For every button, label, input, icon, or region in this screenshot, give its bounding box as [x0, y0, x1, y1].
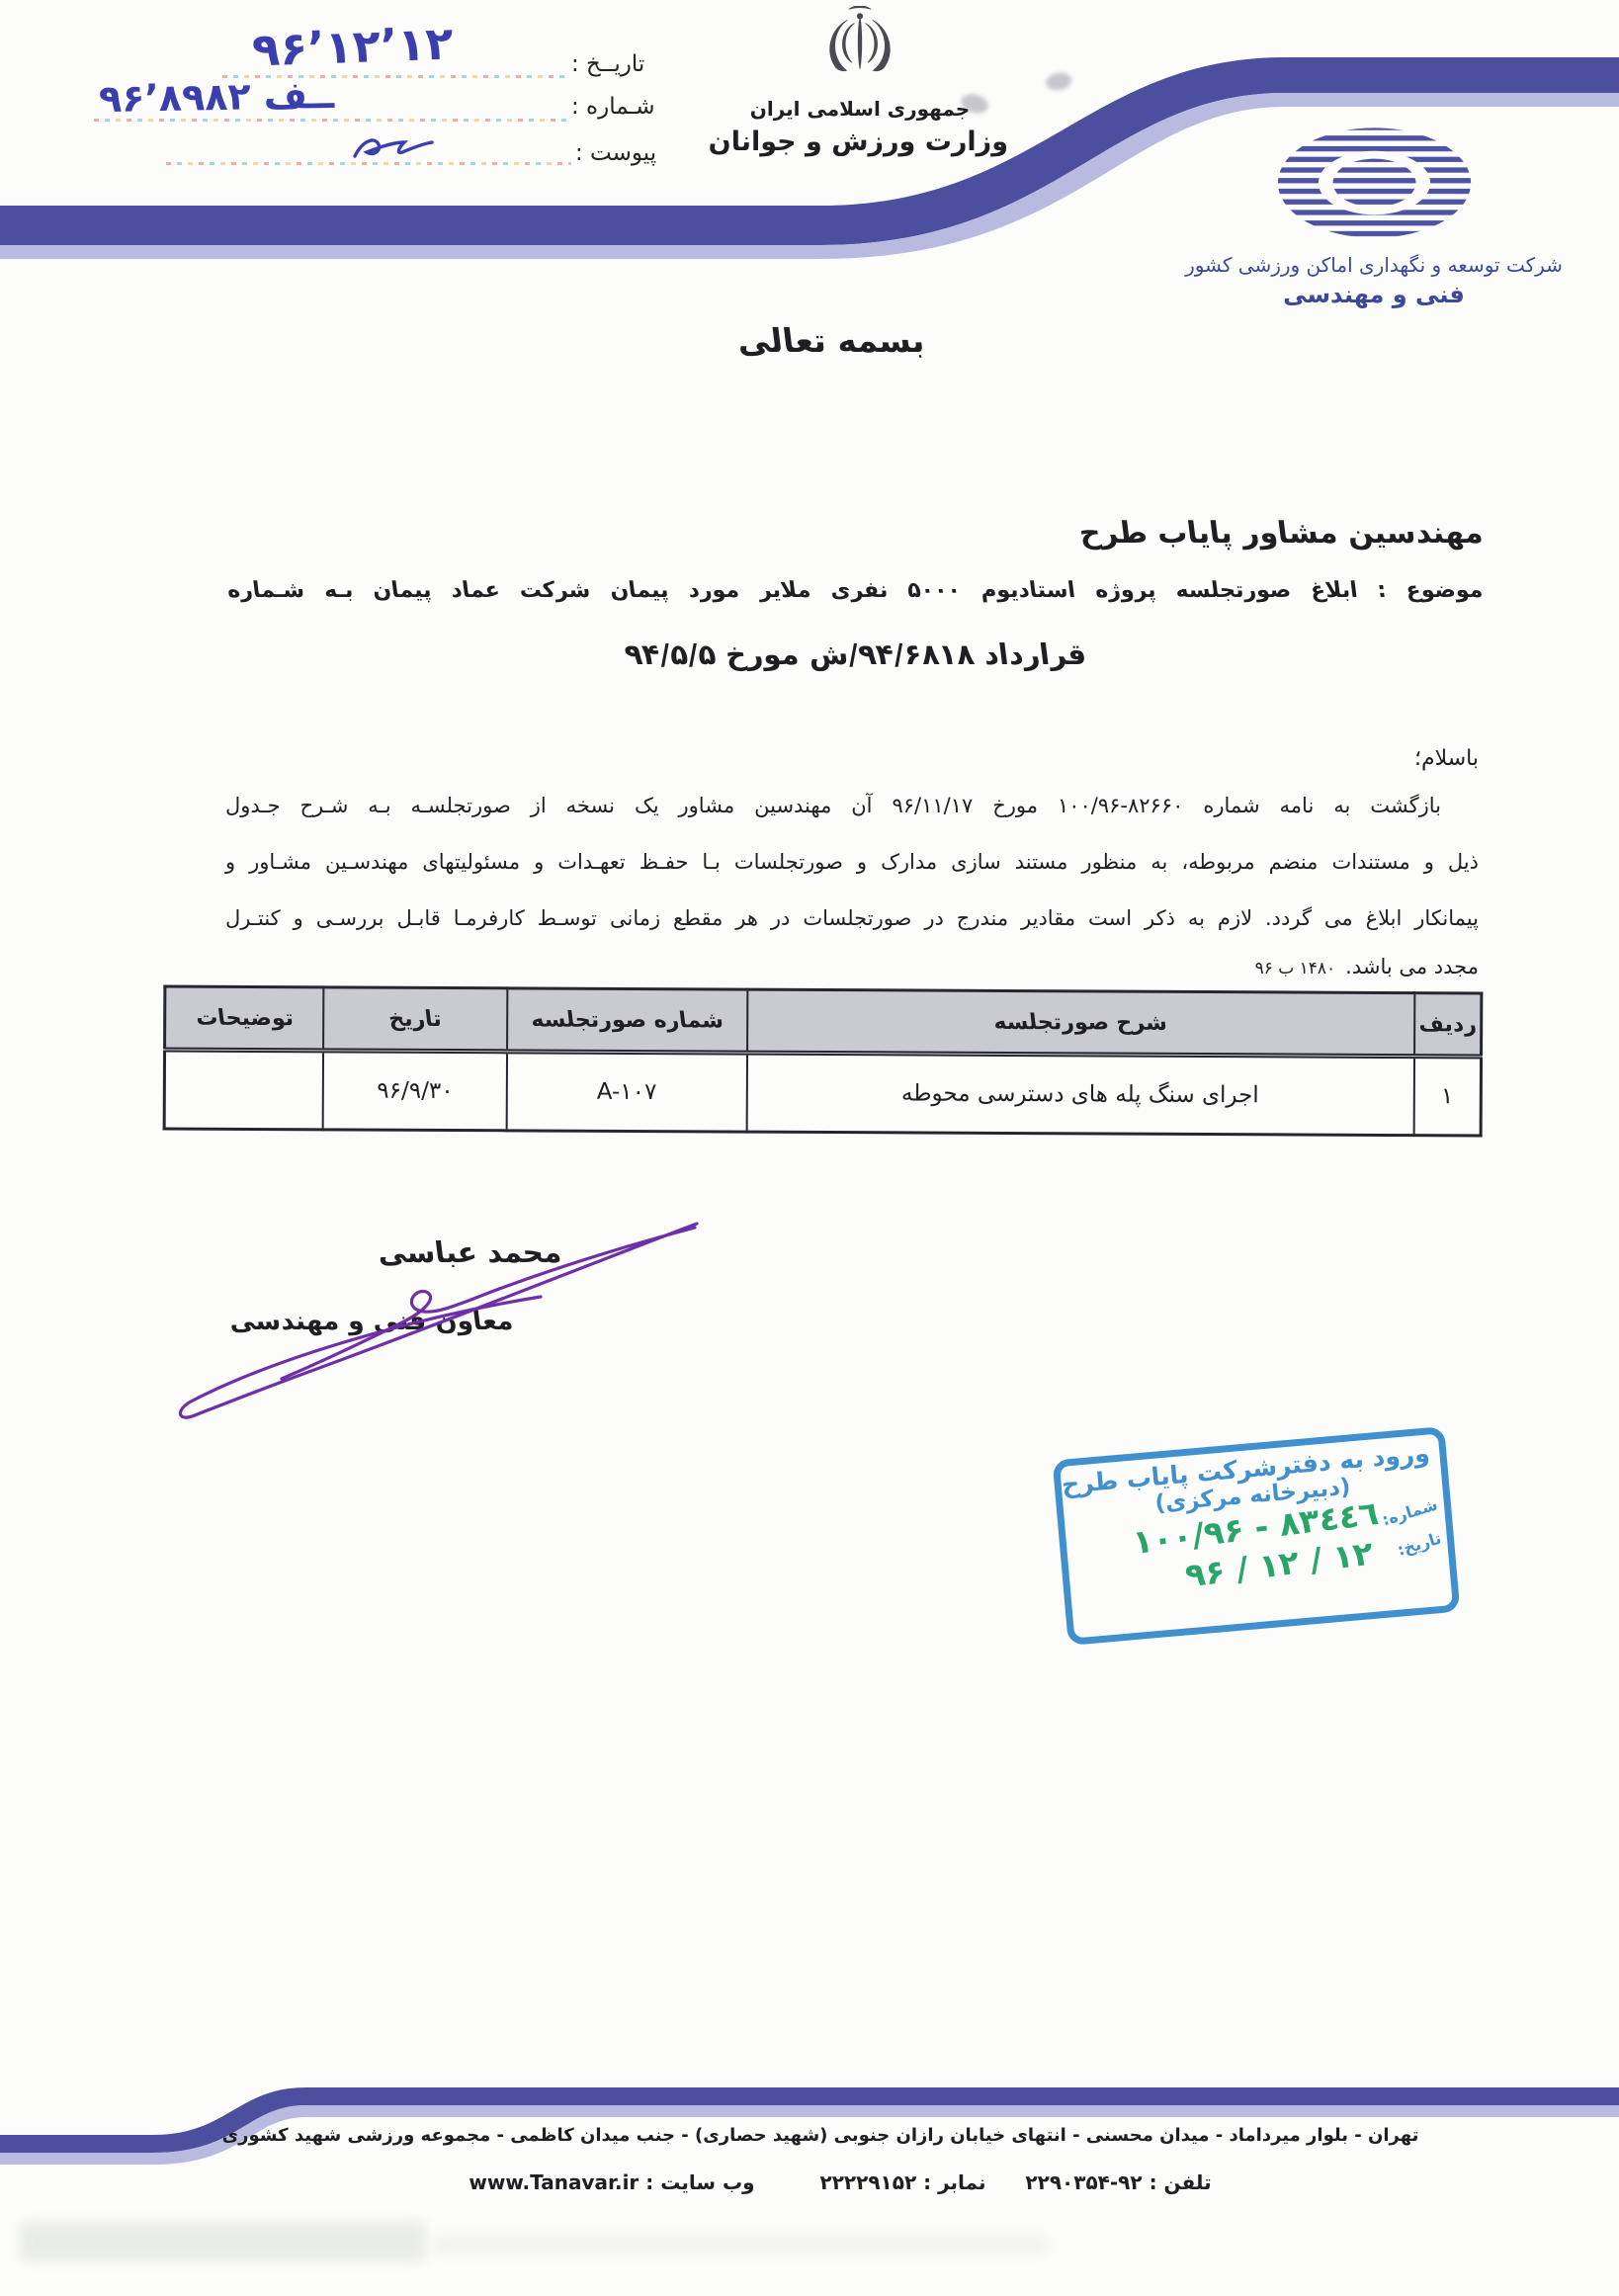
contract-line: قرارداد ۹۴/۶۸۱۸/ش مورخ ۹۴/۵/۵ — [227, 638, 1483, 671]
cell-row-no: ۱ — [1413, 1057, 1481, 1136]
stamp-date-label: تاریخ: — [1395, 1528, 1443, 1559]
cell-date: ۹۶/۹/۳۰ — [323, 1051, 507, 1131]
website-value: www.Tanavar.ir — [469, 2170, 639, 2194]
company-logo-icon — [1273, 125, 1476, 241]
table-header-row: ردیف شرح صورتجلسه شماره صورتجلسه تاریخ ت… — [165, 986, 1482, 1057]
handwritten-attachment-scribble — [341, 127, 460, 170]
signature-scribble — [133, 1198, 726, 1430]
scanned-letter-page: تاریــخ : شـماره : پیوست : ۹۶٬۱۲٬۱۲ ــف … — [0, 0, 1619, 2296]
table-row: ۱ اجرای سنگ پله های دسترسی محوطه A-۱۰۷ ۹… — [164, 1050, 1481, 1136]
attachment-field-label: پیوست : — [575, 140, 656, 166]
subject-line: موضوع : ابلاغ صورتجلسه پروژه استادیوم ۵۰… — [225, 578, 1484, 603]
minutes-table: ردیف شرح صورتجلسه شماره صورتجلسه تاریخ ت… — [163, 985, 1484, 1138]
company-name: شرکت توسعه و نگهداری اماکن ورزشی کشور — [1161, 253, 1586, 277]
cell-notes — [164, 1050, 323, 1130]
body-line-1: بازگشت به نامه شماره ۸۲۶۶۰-۱۰۰/۹۶ مورخ ۹… — [225, 789, 1479, 822]
body-line-3: پیمانکار ابلاغ می گردد. لازم به ذکر است … — [225, 901, 1479, 935]
col-date: تاریخ — [323, 987, 507, 1052]
scan-smudge — [1045, 71, 1073, 92]
col-row-no: ردیف — [1414, 993, 1482, 1057]
footer-address: تهران - بلوار میرداماد - میدان محسنی - ا… — [158, 2125, 1483, 2146]
company-division: فنی و مهندسی — [1161, 281, 1586, 308]
handwritten-number: ــف ۹۶٬۸۹۸۲ — [99, 73, 335, 121]
cell-minutes-no: A-۱۰۷ — [507, 1052, 747, 1132]
archive-ref-note: ۱۴۸۰ ب ۹۶ — [1255, 959, 1336, 978]
col-notes: توضیحات — [165, 986, 324, 1051]
body-line-2: ذیل و مستندات منضم مربوطه، به منظور مستن… — [225, 845, 1479, 879]
scan-haze — [20, 2222, 425, 2261]
emblem-caption-country: جمهوری اسلامی ایران — [712, 97, 1008, 121]
website-label: وب سایت : — [645, 2170, 754, 2194]
fax-label: نمابر : — [923, 2170, 985, 2194]
col-description: شرح صورتجلسه — [747, 989, 1414, 1057]
ministry-header: جمهوری اسلامی ایران وزارت ورزش و جوانان — [712, 6, 1008, 157]
number-field-label: شـماره : — [571, 94, 655, 120]
phone-value: ۲۲۹۰۳۵۴-۹۲ — [1025, 2170, 1142, 2194]
emblem-caption-ministry: وزارت ورزش و جوانان — [712, 127, 1008, 157]
fax-value: ۲۲۲۲۹۱۵۲ — [820, 2170, 917, 2194]
cell-description: اجرای سنگ پله های دسترسی محوطه — [746, 1053, 1413, 1136]
scan-haze — [435, 2234, 1048, 2255]
company-header: شرکت توسعه و نگهداری اماکن ورزشی کشور فن… — [1161, 125, 1586, 308]
besmele-calligraphy: بسمه تعالی — [682, 321, 979, 360]
receipt-stamp: ورود به دفترشرکت پایاب طرح (دبیرخانه مرک… — [1053, 1426, 1461, 1646]
iran-emblem-icon — [820, 6, 899, 91]
col-minutes-no: شماره صورتجلسه — [507, 988, 747, 1053]
salutation: باسلام؛ — [225, 746, 1479, 771]
footer-contact: تلفن : ۲۲۹۰۳۵۴-۹۲ نمابر : ۲۲۲۲۹۱۵۲ وب سا… — [297, 2170, 1384, 2194]
stamp-number-label: شماره: — [1380, 1494, 1440, 1529]
handwritten-date: ۹۶٬۱۲٬۱۲ — [251, 16, 454, 76]
date-field-label: تاریــخ : — [571, 51, 644, 77]
recipient-line: مهندسین مشاور پایاب طرح — [227, 516, 1483, 551]
body-line-4: مجدد می باشد.۱۴۸۰ ب ۹۶ — [225, 955, 1479, 978]
phone-label: تلفن : — [1150, 2170, 1212, 2194]
